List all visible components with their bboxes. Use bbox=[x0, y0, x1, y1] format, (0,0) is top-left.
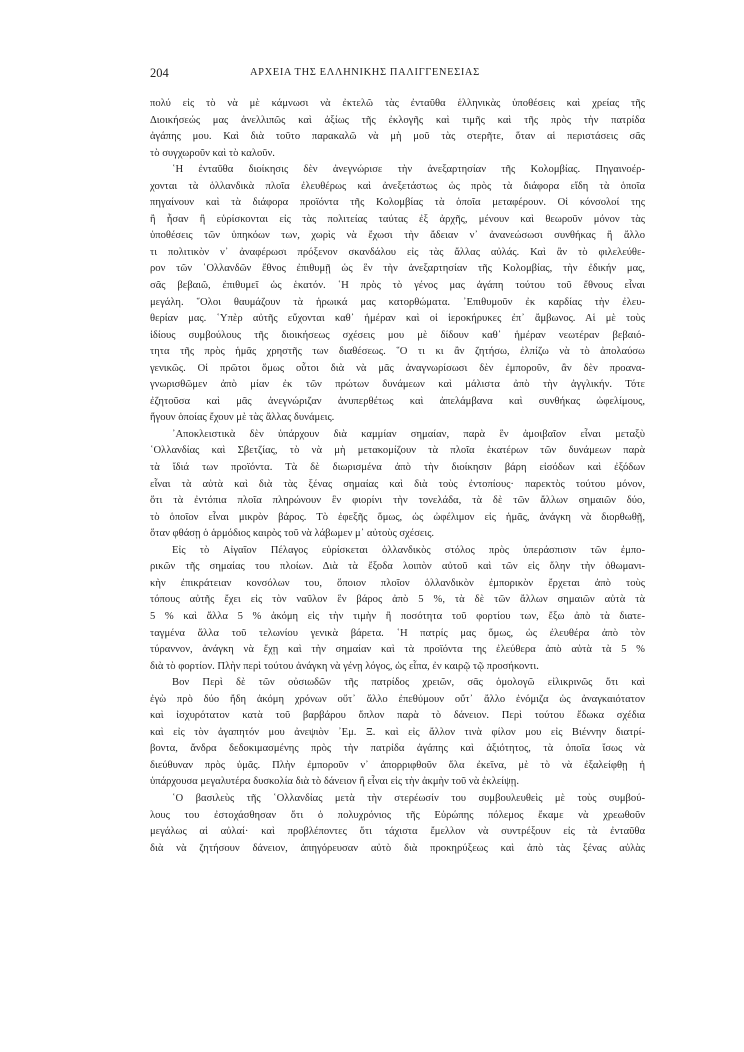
text-line: Εἰς τὸ Αἰγαῖον Πέλαγος εὑρίσκεται ὁλλανδ… bbox=[150, 543, 645, 560]
text-line: ὅταν φθάσῃ ὁ ἁρμόδιος καιρὸς τοῦ νὰ λάβω… bbox=[150, 526, 645, 543]
body-text: πολύ εἰς τὸ νὰ μὲ κάμνωσι νὰ ἐκτελῶ τὰς … bbox=[150, 96, 645, 857]
text-line: γενικῶς. Οἱ πρῶτοι ὅμως οὗτοι διὰ νὰ μᾶς… bbox=[150, 361, 645, 378]
text-line: 5 % καὶ ἄλλα 5 % ἀκόμη εἰς τὴν τιμὴν ἢ π… bbox=[150, 609, 645, 626]
text-line: ὑποθέσεις τῶν ὑπηκόων των, χωρὶς νὰ ἔχωσ… bbox=[150, 228, 645, 245]
text-line: ἢ ἦσαν ἢ εὑρίσκονται εἰς τὰς πολιτείας τ… bbox=[150, 212, 645, 229]
text-line: μεγάλη. ῞Ολοι θαυμάζουν τὰ ἡρωικά μας κα… bbox=[150, 295, 645, 312]
text-line: καὶ ἰσχυρότατον κατὰ τοῦ βαρβάρου ὅπλον … bbox=[150, 708, 645, 725]
text-line: ἐζητοῦσα καὶ μᾶς ἀνεγνώριζαν ἀνυπερθέτως… bbox=[150, 394, 645, 411]
text-line: διὰ νὰ ζητήσουν δάνειον, ἀπηγόρευσαν αὐτ… bbox=[150, 841, 645, 858]
text-line: πολύ εἰς τὸ νὰ μὲ κάμνωσι νὰ ἐκτελῶ τὰς … bbox=[150, 96, 645, 113]
text-line: ρικῶν τῆς σημαίας του πλοίων. Διὰ τὰ ἔξο… bbox=[150, 559, 645, 576]
text-line: ἥγουν ὁποίας ἔχουν μὲ τὰς ἄλλας δυνάμεις… bbox=[150, 410, 645, 427]
text-line: τόπους αὐτῆς ἔχει εἰς τὸν ναῦλον ἓν βάρο… bbox=[150, 592, 645, 609]
text-line: ῾Η ἐνταῦθα διοίκησις δὲν ἀνεγνώρισε τὴν … bbox=[150, 162, 645, 179]
text-line: ἀγάπης μου. Καὶ διὰ τοῦτο παρακαλῶ νὰ μὴ… bbox=[150, 129, 645, 146]
text-line: Διοικήσεώς μας ἀνελλιπῶς καὶ ἀξίως τῆς ἐ… bbox=[150, 113, 645, 130]
text-line: βοντα, ἄνδρα δεδοκιμασμένης πρὸς τὴν πατ… bbox=[150, 741, 645, 758]
document-page: 204 ΑΡΧΕΙΑ ΤΗΣ ΕΛΛΗΝΙΚΗΣ ΠΑΛΙΓΓΕΝΕΣΙΑΣ π… bbox=[0, 0, 744, 1052]
text-line: τὸ ὁποῖον εἶναι μικρὸν βάρος. Τὸ ἐφεξῆς … bbox=[150, 510, 645, 527]
text-line: διὰ τὸ φορτίον. Πλὴν περὶ τούτου ἀνάγκη … bbox=[150, 659, 645, 676]
text-line: πηγαίνουν καὶ τὰ διάφορα προϊόντα τῆς Κο… bbox=[150, 195, 645, 212]
text-line: μεγάλως αἱ αὐλαί· καὶ προβλέποντες ὅτι τ… bbox=[150, 824, 645, 841]
text-line: ρον τῶν ῾Ολλανδῶν ἔθνος ἐπιθυμῇ ὡς ἓν τὴ… bbox=[150, 261, 645, 278]
text-line: χονται τὰ ὁλλανδικὰ πλοῖα ἐλευθέρως καὶ … bbox=[150, 179, 645, 196]
text-line: τὸ συγχωροῦν καὶ τὸ καλοῦν. bbox=[150, 146, 645, 163]
text-line: ῾Ολλανδίας καὶ Σβετζίας, τὸ νὰ μὴ μετακο… bbox=[150, 443, 645, 460]
text-line: γνωρισθῶμεν ἀπὸ μίαν ἐκ τῶν πρώτων δυνάμ… bbox=[150, 377, 645, 394]
running-head: 204 ΑΡΧΕΙΑ ΤΗΣ ΕΛΛΗΝΙΚΗΣ ΠΑΛΙΓΓΕΝΕΣΙΑΣ bbox=[150, 66, 645, 82]
text-line: ὑπάρχουσα μεγαλυτέρα δυσκολία διὰ τὸ δάν… bbox=[150, 774, 645, 791]
text-line: εἶναι τὰ αὐτὰ καὶ διὰ τὰς ξένας σημαίας … bbox=[150, 477, 645, 494]
text-line: διεύθυναν πρὸς ὑμᾶς. Πλὴν ἐμποροῦν ν᾿ ἀπ… bbox=[150, 758, 645, 775]
page-number: 204 bbox=[150, 66, 169, 81]
text-line: ἐγὼ πρὸ δύο ἤδη ἀκόμη χρόνων οὔτ᾿ ἄλλο ἐ… bbox=[150, 692, 645, 709]
text-line: θερίαν μας. ῾Υπὲρ αὐτῆς εὔχονται καθ᾿ ἡμ… bbox=[150, 311, 645, 328]
text-line: ῾Ο βασιλεὺς τῆς ῾Ολλανδίας μετὰ τὴν στερ… bbox=[150, 791, 645, 808]
text-line: ταγμένα ἄλλα τοῦ τελωνίου γενικὰ βάρετα.… bbox=[150, 626, 645, 643]
running-head-title: ΑΡΧΕΙΑ ΤΗΣ ΕΛΛΗΝΙΚΗΣ ΠΑΛΙΓΓΕΝΕΣΙΑΣ bbox=[250, 67, 480, 78]
text-line: τητα τῆς πρὸς ἡμᾶς χρηστῆς των διαθέσεως… bbox=[150, 344, 645, 361]
text-line: κὴν ἐπικράτειαν κονσόλων του, ὅποιον πλο… bbox=[150, 576, 645, 593]
text-line: ὅτι τὰ ἐντόπια πλοῖα πληρώνουν ἓν φιορίν… bbox=[150, 493, 645, 510]
text-line: σᾶς βεβαιῶ, ἐπιθυμεῖ ὡς ἑκατόν. ῾Η πρὸς … bbox=[150, 278, 645, 295]
text-line: ἰδίους συμβούλους τῆς διοικήσεως σχέσεις… bbox=[150, 328, 645, 345]
text-line: Βον Περὶ δὲ τῶν οὐσιωδῶν τῆς πατρίδος χρ… bbox=[150, 675, 645, 692]
text-line: τύραννον, ἀνάγκη νὰ ἔχῃ καὶ τὴν σημαίαν … bbox=[150, 642, 645, 659]
text-line: καὶ εἰς τὸν ἀγαπητόν μου ἀνεψιὸν ᾿Εμ. Ξ.… bbox=[150, 725, 645, 742]
text-line: τὰ ἴδιά των προϊόντα. Τὰ δὲ διωρισμένα ἀ… bbox=[150, 460, 645, 477]
text-line: τι πολιτικὸν ν᾿ ἀναφέρωσι πρόξενον σκανδ… bbox=[150, 245, 645, 262]
text-line: λους του ἐστοχάσθησαν ὅτι ὁ πολυχρόνιος … bbox=[150, 808, 645, 825]
text-line: ᾿Αποκλειστικὰ δὲν ὑπάρχουν διὰ καμμίαν σ… bbox=[150, 427, 645, 444]
